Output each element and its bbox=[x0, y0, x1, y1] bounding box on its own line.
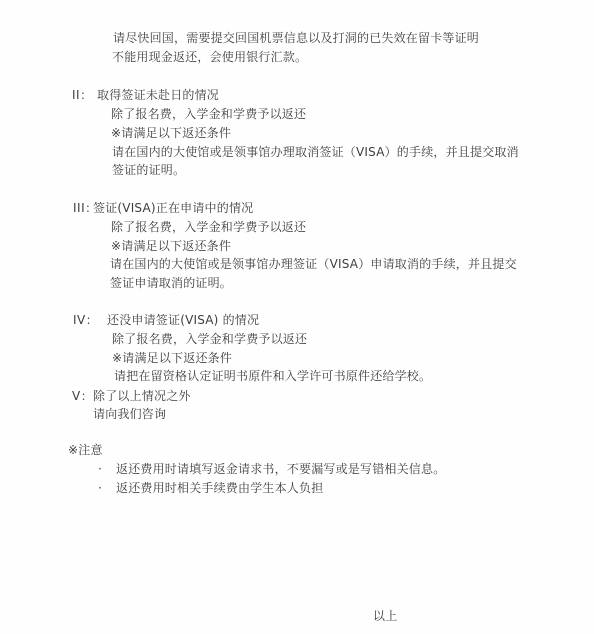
section-2-line-4: 签证的证明。 bbox=[112, 163, 185, 177]
note-bullet-icon: · bbox=[98, 481, 102, 495]
section-4-line-2: ※请满足以下返还条件 bbox=[112, 351, 232, 365]
section-5-line-1: 请向我们咨询 bbox=[93, 407, 166, 421]
note-item-2: 返还费用时相关手续费由学生本人负担 bbox=[116, 481, 323, 495]
section-3-line-3: 请在国内的大使馆或是领事馆办理签证（VISA）申请取消的手续，并且提交 bbox=[110, 257, 517, 271]
section-3-line-1: 除了报名费，入学金和学费予以返还 bbox=[111, 220, 306, 234]
section-4-line-3: 请把在留资格认定证明书原件和入学许可书原件还给学校。 bbox=[114, 369, 431, 383]
document-page: 请尽快回国，需要提交回国机票信息以及打洞的已失效在留卡等证明 不能用现金返还，会… bbox=[0, 0, 594, 634]
section-2-line-1: 除了报名费，入学金和学费予以返还 bbox=[111, 107, 306, 121]
section-5-numeral: V： bbox=[72, 389, 93, 403]
intro-line-2: 不能用现金返还，会使用银行汇款。 bbox=[112, 50, 307, 64]
section-3-title: 签证(VISA)正在申请中的情况 bbox=[93, 201, 253, 215]
section-5-title: 除了以上情况之外 bbox=[93, 389, 191, 403]
intro-line-1: 请尽快回国，需要提交回国机票信息以及打洞的已失效在留卡等证明 bbox=[113, 31, 479, 45]
section-2-numeral: II： bbox=[72, 88, 93, 102]
section-2-line-3: 请在国内的大使馆或是领事馆办理取消签证（VISA）的手续，并且提交取消 bbox=[112, 145, 519, 159]
section-4-numeral: IV： bbox=[73, 313, 98, 327]
note-item-1: 返还费用时请填写返金请求书，不要漏写或是写错相关信息。 bbox=[116, 462, 445, 476]
section-4-title: 还没申请签证(VISA) 的情况 bbox=[107, 313, 259, 327]
notes-heading: ※注意 bbox=[68, 443, 103, 457]
section-4-line-1: 除了报名费，入学金和学费予以返还 bbox=[112, 332, 307, 346]
section-3-line-2: ※请满足以下返还条件 bbox=[111, 239, 231, 253]
section-2-title: 取得签证未赴日的情况 bbox=[97, 88, 219, 102]
footer-closing: 以上 bbox=[373, 609, 397, 623]
note-bullet-icon: · bbox=[98, 462, 102, 476]
section-2-line-2: ※请满足以下返还条件 bbox=[111, 126, 231, 140]
section-3-line-4: 签证申请取消的证明。 bbox=[110, 276, 232, 290]
